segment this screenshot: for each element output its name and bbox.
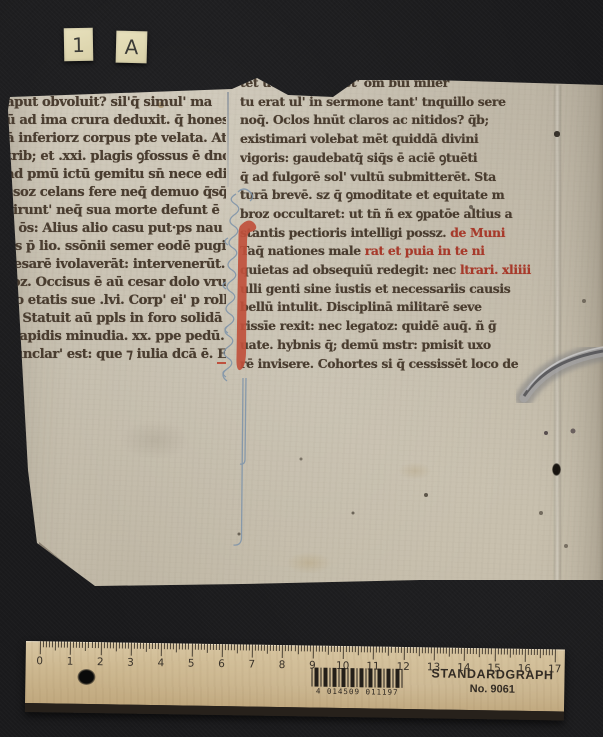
ruler-tick <box>413 647 414 653</box>
ruler-tick <box>97 642 98 648</box>
ruler-tick <box>197 644 198 650</box>
ruler-tick <box>100 642 101 655</box>
ruler-tick <box>443 648 444 654</box>
ruler-tick <box>334 646 335 652</box>
ruler-tick <box>155 643 156 649</box>
ruler-tick <box>88 642 89 648</box>
ruler-tick <box>382 647 383 653</box>
latin-text: cunclar' est: que ⁊ iulia dcā ē. <box>6 347 217 362</box>
ruler-tick <box>137 643 138 649</box>
text-column-left: aput obvoluit? sil'q̄ simul' maū ad ima … <box>6 94 226 366</box>
ruler-tick <box>300 645 301 651</box>
ruler-tick <box>64 642 65 648</box>
ruler-tick <box>225 644 226 650</box>
ruler-tick <box>70 642 71 655</box>
manuscript-text-line: quietas ad obsequiū redegit: nec ltrari.… <box>240 261 532 280</box>
ruler-tick <box>61 642 62 648</box>
ruler-tick <box>425 647 426 653</box>
ruler-tick <box>513 649 514 655</box>
manuscript-text-line: ssoz celans fere neq̄ demuo q̄sq̄ <box>6 184 226 202</box>
latin-text: uate. hybnis q̄; demū mstr: pmisit uxo <box>240 337 491 352</box>
latin-text: toz. Occisus ē aū cesar dolo vrum ⁊ <box>6 275 226 290</box>
ruler-tick <box>258 645 259 651</box>
ruler-tick <box>355 646 356 652</box>
manuscript-text-line: ad pmū ictū gemitu sn̄ nece edi <box>6 166 226 184</box>
ruler-tick <box>394 647 395 653</box>
plate-number-text: 1 <box>72 32 85 56</box>
ruler-tick <box>43 641 44 647</box>
parchment-stain <box>286 552 332 574</box>
ruler-tick <box>67 642 68 648</box>
manuscript-text-line: ī lapidis minudia. xx. ppe pedū. <box>6 328 226 346</box>
ruler-tick <box>82 642 83 648</box>
ruler-tick <box>555 649 556 662</box>
ruler-tick <box>328 646 329 655</box>
ruler-tick <box>104 642 105 648</box>
ruler-tick <box>285 645 286 651</box>
parchment-stain <box>398 462 432 480</box>
ruler-tick <box>167 643 168 649</box>
plate-number-label: 1 <box>64 28 94 62</box>
ruler-tick <box>270 645 271 651</box>
latin-text: broz occultaret: ut tn̄ ñ ex ꝯpatōe alti… <box>240 206 512 221</box>
ruler-tick <box>346 646 347 652</box>
manuscript-text-line: a ōs: Alius alio casu put·ps nau <box>6 220 226 238</box>
ruler-tick <box>455 648 456 654</box>
manuscript-text-line: ē. Statuit aū ppls in foro solidā <box>6 310 226 328</box>
ruler-tick <box>440 648 441 654</box>
ruler-tick <box>216 644 217 650</box>
ruler-tick <box>473 648 474 654</box>
ruler-tick <box>240 644 241 650</box>
ruler-tick <box>288 645 289 651</box>
ruler-tick <box>419 647 420 656</box>
ruler-tick <box>546 649 547 655</box>
wormhole <box>552 463 561 476</box>
ruler-brand-name: STANDARDGRAPH <box>407 666 577 683</box>
column-ruling-line <box>227 92 229 187</box>
ruler-tick <box>491 648 492 654</box>
ruler-tick <box>400 647 401 653</box>
rubric-text: de Muni <box>450 225 505 240</box>
parchment-stain <box>120 420 190 460</box>
ruler-tick <box>94 642 95 648</box>
latin-text: ssoz celans fere neq̄ demuo q̄sq̄ <box>6 185 226 200</box>
ruler-tick <box>461 648 462 654</box>
ruler-tick <box>476 648 477 654</box>
ruler-tick <box>416 647 417 653</box>
ruler-tick <box>364 646 365 652</box>
ruler-tick <box>113 642 114 648</box>
ruler-cm-number: 4 <box>157 657 164 669</box>
manuscript-text-line: ulli genti sine iustis et necessariis ca… <box>240 280 532 299</box>
latin-text: turā brevē. sz q̄ ꝯmoditate et equitate … <box>240 187 504 202</box>
ruler: 01234567891011121314151617 4 014509 0111… <box>25 641 565 720</box>
barcode: 4 014509 011197 <box>311 667 403 696</box>
photograph-stage: 1 A aput obvoluit? sil'q̄ simul' maū ad … <box>0 0 603 737</box>
ruler-tick <box>403 647 404 660</box>
manuscript-text-line: uate. hybnis q̄; demū mstr: pmisit uxo <box>240 336 532 355</box>
manuscript-text-line: Taq̄ nationes male rat et puia in te ni <box>240 242 532 261</box>
ruler-tick <box>391 647 392 653</box>
manuscript-text-line: rissīe rexit: nec legatoz: quidē auq̄. ñ… <box>240 317 532 336</box>
ruler-tick <box>79 642 80 648</box>
ruler-tick <box>431 647 432 653</box>
ruler-tick <box>361 646 362 652</box>
manuscript-text-line: noq̄. Oclos hnūt claros ac nitidos? q̄b; <box>240 111 532 130</box>
rubric-text: ltrari. xliiii. <box>460 262 532 277</box>
ruler-tick <box>337 646 338 652</box>
ruler-tick <box>231 644 232 650</box>
ruler-tick <box>543 649 544 655</box>
latin-text: tu erat ul' in sermone tant' tnquillo se… <box>240 94 506 109</box>
ruler-tick <box>422 647 423 653</box>
latin-text: no etatis sue .lvi. Corp' ei' p rolks <box>6 293 226 308</box>
ruler-tick <box>73 642 74 648</box>
ruler-tick <box>246 644 247 650</box>
latin-text: rē invisere. Cohortes si q̄ cessissēt lo… <box>240 356 518 371</box>
ruler-tick <box>176 643 177 652</box>
ruler-tick <box>485 648 486 654</box>
barcode-digits: 4 014509 011197 <box>311 686 403 696</box>
latin-text: tēt utq̄ nue nullet' om̄ bui mlier <box>240 75 449 90</box>
ruler-tick <box>204 644 205 650</box>
manuscript-text-line: stantis pectioris intelligi possz. de Mu… <box>240 224 532 243</box>
ruler-tick <box>516 649 517 655</box>
ruler-tick <box>509 649 510 658</box>
ruler-tick <box>379 647 380 653</box>
ruler-tick <box>331 646 332 652</box>
manuscript-text-line: trib; et .xxi. plagis ꝯfossus ē dno <box>6 148 226 166</box>
ruler-tick <box>340 646 341 652</box>
ruler-tick <box>319 646 320 652</box>
latin-text: cesarē ivolaverāt: intervenerūt. <box>6 257 225 272</box>
ruler-tick <box>452 648 453 654</box>
ruler-tick <box>534 649 535 655</box>
latin-text: bellū intulit. Disciplinā militarē seve <box>240 299 482 314</box>
ruler-tick <box>488 648 489 654</box>
ruler-tick <box>434 647 435 660</box>
ruler-tick <box>49 641 50 647</box>
ruler-tick <box>134 643 135 649</box>
ruler-tick <box>122 643 123 649</box>
manuscript-text-line: turā brevē. sz q̄ ꝯmoditate et equitate … <box>240 186 532 205</box>
barcode-bars <box>311 667 403 687</box>
ruler-tick <box>85 642 86 651</box>
ruler-tick <box>528 649 529 655</box>
latin-text: ū ad ima crura deduxit. q̄ honesti <box>6 113 226 128</box>
latin-text: noq̄. Oclos hnūt claros ac nitidos? q̄b; <box>240 112 489 127</box>
manuscript-text-line: tēt utq̄ nue nullet' om̄ bui mlier <box>240 74 532 93</box>
latin-text: rissīe rexit: nec legatoz: quidē auq̄. ñ… <box>240 318 496 333</box>
latin-text: ps p̄ lio. ssōnii semer eodē pugio <box>6 239 226 254</box>
ruler-tick <box>179 643 180 649</box>
ruler-tick <box>525 649 526 662</box>
ruler-tick <box>373 646 374 659</box>
rubric-text: rat et puia in te ni <box>365 243 485 258</box>
latin-text: ā inferiorz corpus pte velata. Atq̄ <box>6 131 226 146</box>
ruler-tick <box>482 648 483 654</box>
ruler-tick <box>449 648 450 657</box>
ruler-tick <box>497 648 498 654</box>
ruler-tick <box>170 643 171 649</box>
dust-specks <box>0 0 2 2</box>
ruler-tick <box>158 643 159 649</box>
manuscript-text-line: no etatis sue .lvi. Corp' ei' p rolks <box>6 292 226 310</box>
ruler-tick <box>164 643 165 649</box>
manuscript-text-line: existimari volebat mēt quiddā divini <box>240 130 532 149</box>
ruler-tick <box>52 641 53 647</box>
ruler-tick <box>249 645 250 651</box>
ruler-tick <box>325 646 326 652</box>
manuscript-text-line: q̄ ad fulgorē sol' vultū submitterēt. St… <box>240 168 532 187</box>
ruler-tick <box>410 647 411 653</box>
ruler-tick <box>307 645 308 651</box>
manuscript-text-line: rē invisere. Cohortes si q̄ cessissēt lo… <box>240 355 532 374</box>
ruler-tick <box>152 643 153 649</box>
ruler-tick <box>552 649 553 655</box>
ruler-hanging-hole <box>77 669 95 685</box>
ruler-model-number: No. 9061 <box>407 682 577 697</box>
ruler-tick <box>437 647 438 653</box>
ruler-tick <box>182 643 183 649</box>
ruler-tick <box>303 645 304 651</box>
ruler-tick <box>322 646 323 652</box>
ruler-tick <box>537 649 538 655</box>
ruler-tick <box>464 648 465 661</box>
ruler-tick <box>310 645 311 651</box>
ruler-tick <box>219 644 220 650</box>
ruler-tick <box>243 644 244 650</box>
latin-text: ulli genti sine iustis et necessariis ca… <box>240 281 510 296</box>
ruler-tick <box>446 648 447 654</box>
latin-text: trib; et .xxi. plagis ꝯfossus ē dno <box>6 149 226 164</box>
ruler-cm-number: 1 <box>67 656 74 668</box>
manuscript-text-line: cunclar' est: que ⁊ iulia dcā ē. Ex <box>6 346 226 364</box>
latin-text: q̄ ad fulgorē sol' vultū submitterēt. St… <box>240 169 496 184</box>
latin-text: ē. Statuit aū ppls in foro solidā <box>6 311 222 326</box>
latin-text: vigoris: gaudebatq̄ siq̄s ē aciē ꝯtuēti <box>240 150 477 165</box>
ruler-tick <box>161 643 162 656</box>
ruler-tick <box>213 644 214 650</box>
ruler-tick <box>428 647 429 653</box>
ruler-tick <box>40 641 41 654</box>
ruler-tick <box>467 648 468 654</box>
ruler-tick <box>297 645 298 654</box>
ruler-tick <box>131 643 132 656</box>
ruler-cm-number: 2 <box>97 656 104 668</box>
book-snake-weight <box>498 330 603 422</box>
ruler-tick <box>312 646 313 659</box>
decorated-initial-I <box>222 186 264 566</box>
ruler-tick <box>234 644 235 650</box>
ruler-tick <box>76 642 77 648</box>
latin-text: sirunt' neq̄ sua morte defunt ē <box>6 203 220 218</box>
plate-letter-text: A <box>124 35 138 59</box>
ruler-tick <box>188 644 189 650</box>
ruler-tick <box>58 642 59 648</box>
ruler-tick <box>276 645 277 651</box>
ruler-tick <box>358 646 359 655</box>
manuscript-text-line: ā inferiorz corpus pte velata. Atq̄ <box>6 130 226 148</box>
ruler-tick <box>470 648 471 654</box>
ruler-tick <box>252 645 253 658</box>
ruler-tick <box>200 644 201 650</box>
manuscript-text-line: toz. Occisus ē aū cesar dolo vrum ⁊ <box>6 274 226 292</box>
ruler-cm-number: 7 <box>248 658 255 670</box>
ruler-tick <box>128 643 129 649</box>
ruler-tick <box>479 648 480 657</box>
ruler-cm-number: 0 <box>36 655 43 667</box>
ruler-tick <box>55 641 56 650</box>
ruler-tick <box>146 643 147 652</box>
ruler-tick <box>206 644 207 653</box>
ruler-cm-number: 8 <box>279 659 286 671</box>
ruler-tick <box>503 649 504 655</box>
ruler-tick <box>388 647 389 656</box>
manuscript-text-line: cesarē ivolaverāt: intervenerūt. <box>6 256 226 274</box>
ruler-tick <box>267 645 268 654</box>
ruler-tick <box>343 646 344 659</box>
ruler-cm-number: 5 <box>188 658 195 670</box>
ruler-tick <box>531 649 532 655</box>
ruler-tick <box>494 648 495 661</box>
ruler-tick <box>370 646 371 652</box>
plate-letter-label: A <box>116 31 148 64</box>
ruler-cm-number: 3 <box>127 657 134 669</box>
latin-text: aput obvoluit? sil'q̄ simul' ma <box>6 95 212 110</box>
ruler-tick <box>376 647 377 653</box>
ruler-tick <box>519 649 520 655</box>
ruler-tick <box>149 643 150 649</box>
ruler-tick <box>316 646 317 652</box>
ruler-tick <box>261 645 262 651</box>
ruler-tick <box>279 645 280 651</box>
manuscript-text-line: ps p̄ lio. ssōnii semer eodē pugio <box>6 238 226 256</box>
ruler-tick <box>549 649 550 655</box>
manuscript-text-line: ū ad ima crura deduxit. q̄ honesti <box>6 112 226 130</box>
ruler-tick <box>385 647 386 653</box>
latin-text: stantis pectioris intelligi possz. <box>240 225 450 240</box>
ruler-tick <box>273 645 274 651</box>
ruler-tick <box>91 642 92 648</box>
ruler-tick <box>210 644 211 650</box>
ruler-tick <box>143 643 144 649</box>
ruler-tick <box>194 644 195 650</box>
latin-text: existimari volebat mēt quiddā divini <box>240 131 478 146</box>
ruler-tick <box>406 647 407 653</box>
ruler-tick <box>107 642 108 648</box>
ruler-tick <box>291 645 292 651</box>
ruler-tick <box>185 644 186 650</box>
ruler-cm-number: 6 <box>218 658 225 670</box>
ruler-tick <box>367 646 368 652</box>
ruler-tick <box>125 643 126 649</box>
ruler-tick <box>522 649 523 655</box>
ruler-tick <box>116 642 117 651</box>
ruler-tick <box>191 644 192 657</box>
folded-corner <box>33 536 95 586</box>
ruler-tick <box>397 647 398 653</box>
latin-text: ad pmū ictū gemitu sn̄ nece edi <box>6 167 226 182</box>
manuscript-text-line: vigoris: gaudebatq̄ siq̄s ē aciē ꝯtuēti <box>240 149 532 168</box>
manuscript-text-line: aput obvoluit? sil'q̄ simul' ma <box>6 94 226 112</box>
manuscript-text-line: broz occultaret: ut tn̄ ñ ex ꝯpatōe alti… <box>240 205 532 224</box>
ruler-tick <box>140 643 141 649</box>
ruler-tick <box>173 643 174 649</box>
ruler-tick-marks <box>26 641 565 649</box>
ruler-tick <box>506 649 507 655</box>
ruler-tick <box>294 645 295 651</box>
manuscript-text-line: sirunt' neq̄ sua morte defunt ē <box>6 202 226 220</box>
latin-text: ī lapidis minudia. xx. ppe pedū. <box>6 329 224 344</box>
ruler-tick <box>282 645 283 658</box>
ruler-tick <box>46 641 47 647</box>
ruler-tick <box>264 645 265 651</box>
ruler-tick <box>222 644 223 657</box>
ruler-tick <box>255 645 256 651</box>
initial-letter-body <box>236 220 256 370</box>
ruler-tick <box>119 642 120 648</box>
ruler-tick <box>349 646 350 652</box>
ruler-tick <box>352 646 353 652</box>
ruler-tick <box>500 648 501 654</box>
ruler-tick <box>110 642 111 648</box>
ruler-tick <box>237 644 238 653</box>
manuscript-text-line: tu erat ul' in sermone tant' tnquillo se… <box>240 93 532 112</box>
ruler-tick <box>540 649 541 658</box>
latin-text: a ōs: Alius alio casu put·ps nau <box>6 221 222 236</box>
ruler-tick <box>458 648 459 654</box>
latin-text: quietas ad obsequiū redegit: nec <box>240 262 460 277</box>
ruler-brand: STANDARDGRAPH No. 9061 <box>407 666 577 697</box>
manuscript-text-line: bellū intulit. Disciplinā militarē seve <box>240 298 532 317</box>
text-column-right: tēt utq̄ nue nullet' om̄ bui mliertu era… <box>240 74 532 376</box>
ruler-tick <box>228 644 229 650</box>
